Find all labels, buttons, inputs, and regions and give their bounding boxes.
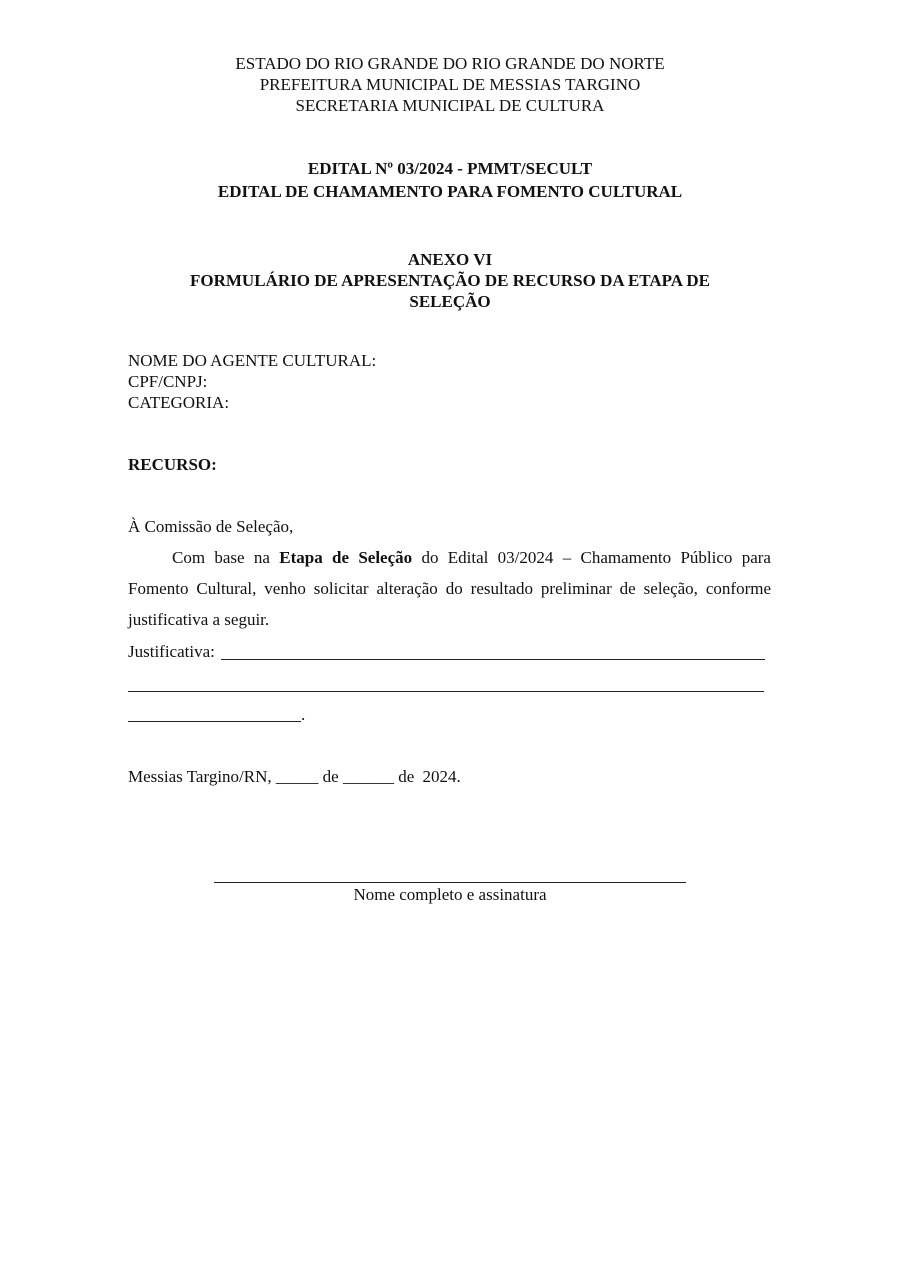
justificativa-input-line-3[interactable] (128, 721, 301, 722)
justificativa-end-period: . (301, 704, 305, 725)
paragraph-bold-text: Etapa de Seleção (279, 548, 412, 567)
edital-number: EDITAL Nº 03/2024 - PMMT/SECULT (0, 157, 900, 180)
justificativa-input-line-2[interactable] (128, 691, 764, 692)
justificativa-input-line-1[interactable] (221, 659, 765, 660)
date-line: Messias Targino/RN, _____ de ______ de 2… (128, 766, 461, 787)
field-agent-name-label: NOME DO AGENTE CULTURAL: (128, 351, 376, 370)
field-categoria-label: CATEGORIA: (128, 393, 229, 412)
paragraph-text: Com base na (172, 548, 270, 567)
anexo-title-line1: FORMULÁRIO DE APRESENTAÇÃO DE RECURSO DA… (0, 269, 900, 292)
date-day-field[interactable]: _____ (276, 767, 319, 786)
field-agent-name[interactable]: NOME DO AGENTE CULTURAL: (128, 350, 376, 371)
salutation: À Comissão de Seleção, (128, 516, 293, 537)
header-secretaria: SECRETARIA MUNICIPAL DE CULTURA (0, 95, 900, 116)
paragraph-line-3: justificativa a seguir. (128, 609, 269, 630)
field-cpf-cnpj-label: CPF/CNPJ: (128, 372, 207, 391)
date-place: Messias Targino/RN, (128, 767, 272, 786)
signature-caption: Nome completo e assinatura (0, 884, 900, 905)
paragraph-line-1: Com base na Etapa de Seleção do Edital 0… (172, 547, 771, 568)
date-year: 2024. (422, 767, 460, 786)
edital-title: EDITAL DE CHAMAMENTO PARA FOMENTO CULTUR… (0, 180, 900, 203)
recurso-heading: RECURSO: (128, 454, 217, 475)
date-de-2: de (398, 767, 414, 786)
header-state: ESTADO DO RIO GRANDE DO RIO GRANDE DO NO… (0, 53, 900, 74)
signature-line[interactable] (214, 882, 686, 883)
field-cpf-cnpj[interactable]: CPF/CNPJ: (128, 371, 207, 392)
field-categoria[interactable]: CATEGORIA: (128, 392, 229, 413)
anexo-title-line2: SELEÇÃO (0, 290, 900, 313)
paragraph-text: do Edital 03/2024 – Chamamento Público p… (421, 548, 771, 567)
header-prefeitura: PREFEITURA MUNICIPAL DE MESSIAS TARGINO (0, 74, 900, 95)
date-month-field[interactable]: ______ (343, 767, 394, 786)
anexo-number: ANEXO VI (0, 248, 900, 271)
justificativa-label: Justificativa: (128, 641, 215, 662)
date-de-1: de (323, 767, 339, 786)
paragraph-line-2: Fomento Cultural, venho solicitar altera… (128, 578, 771, 599)
